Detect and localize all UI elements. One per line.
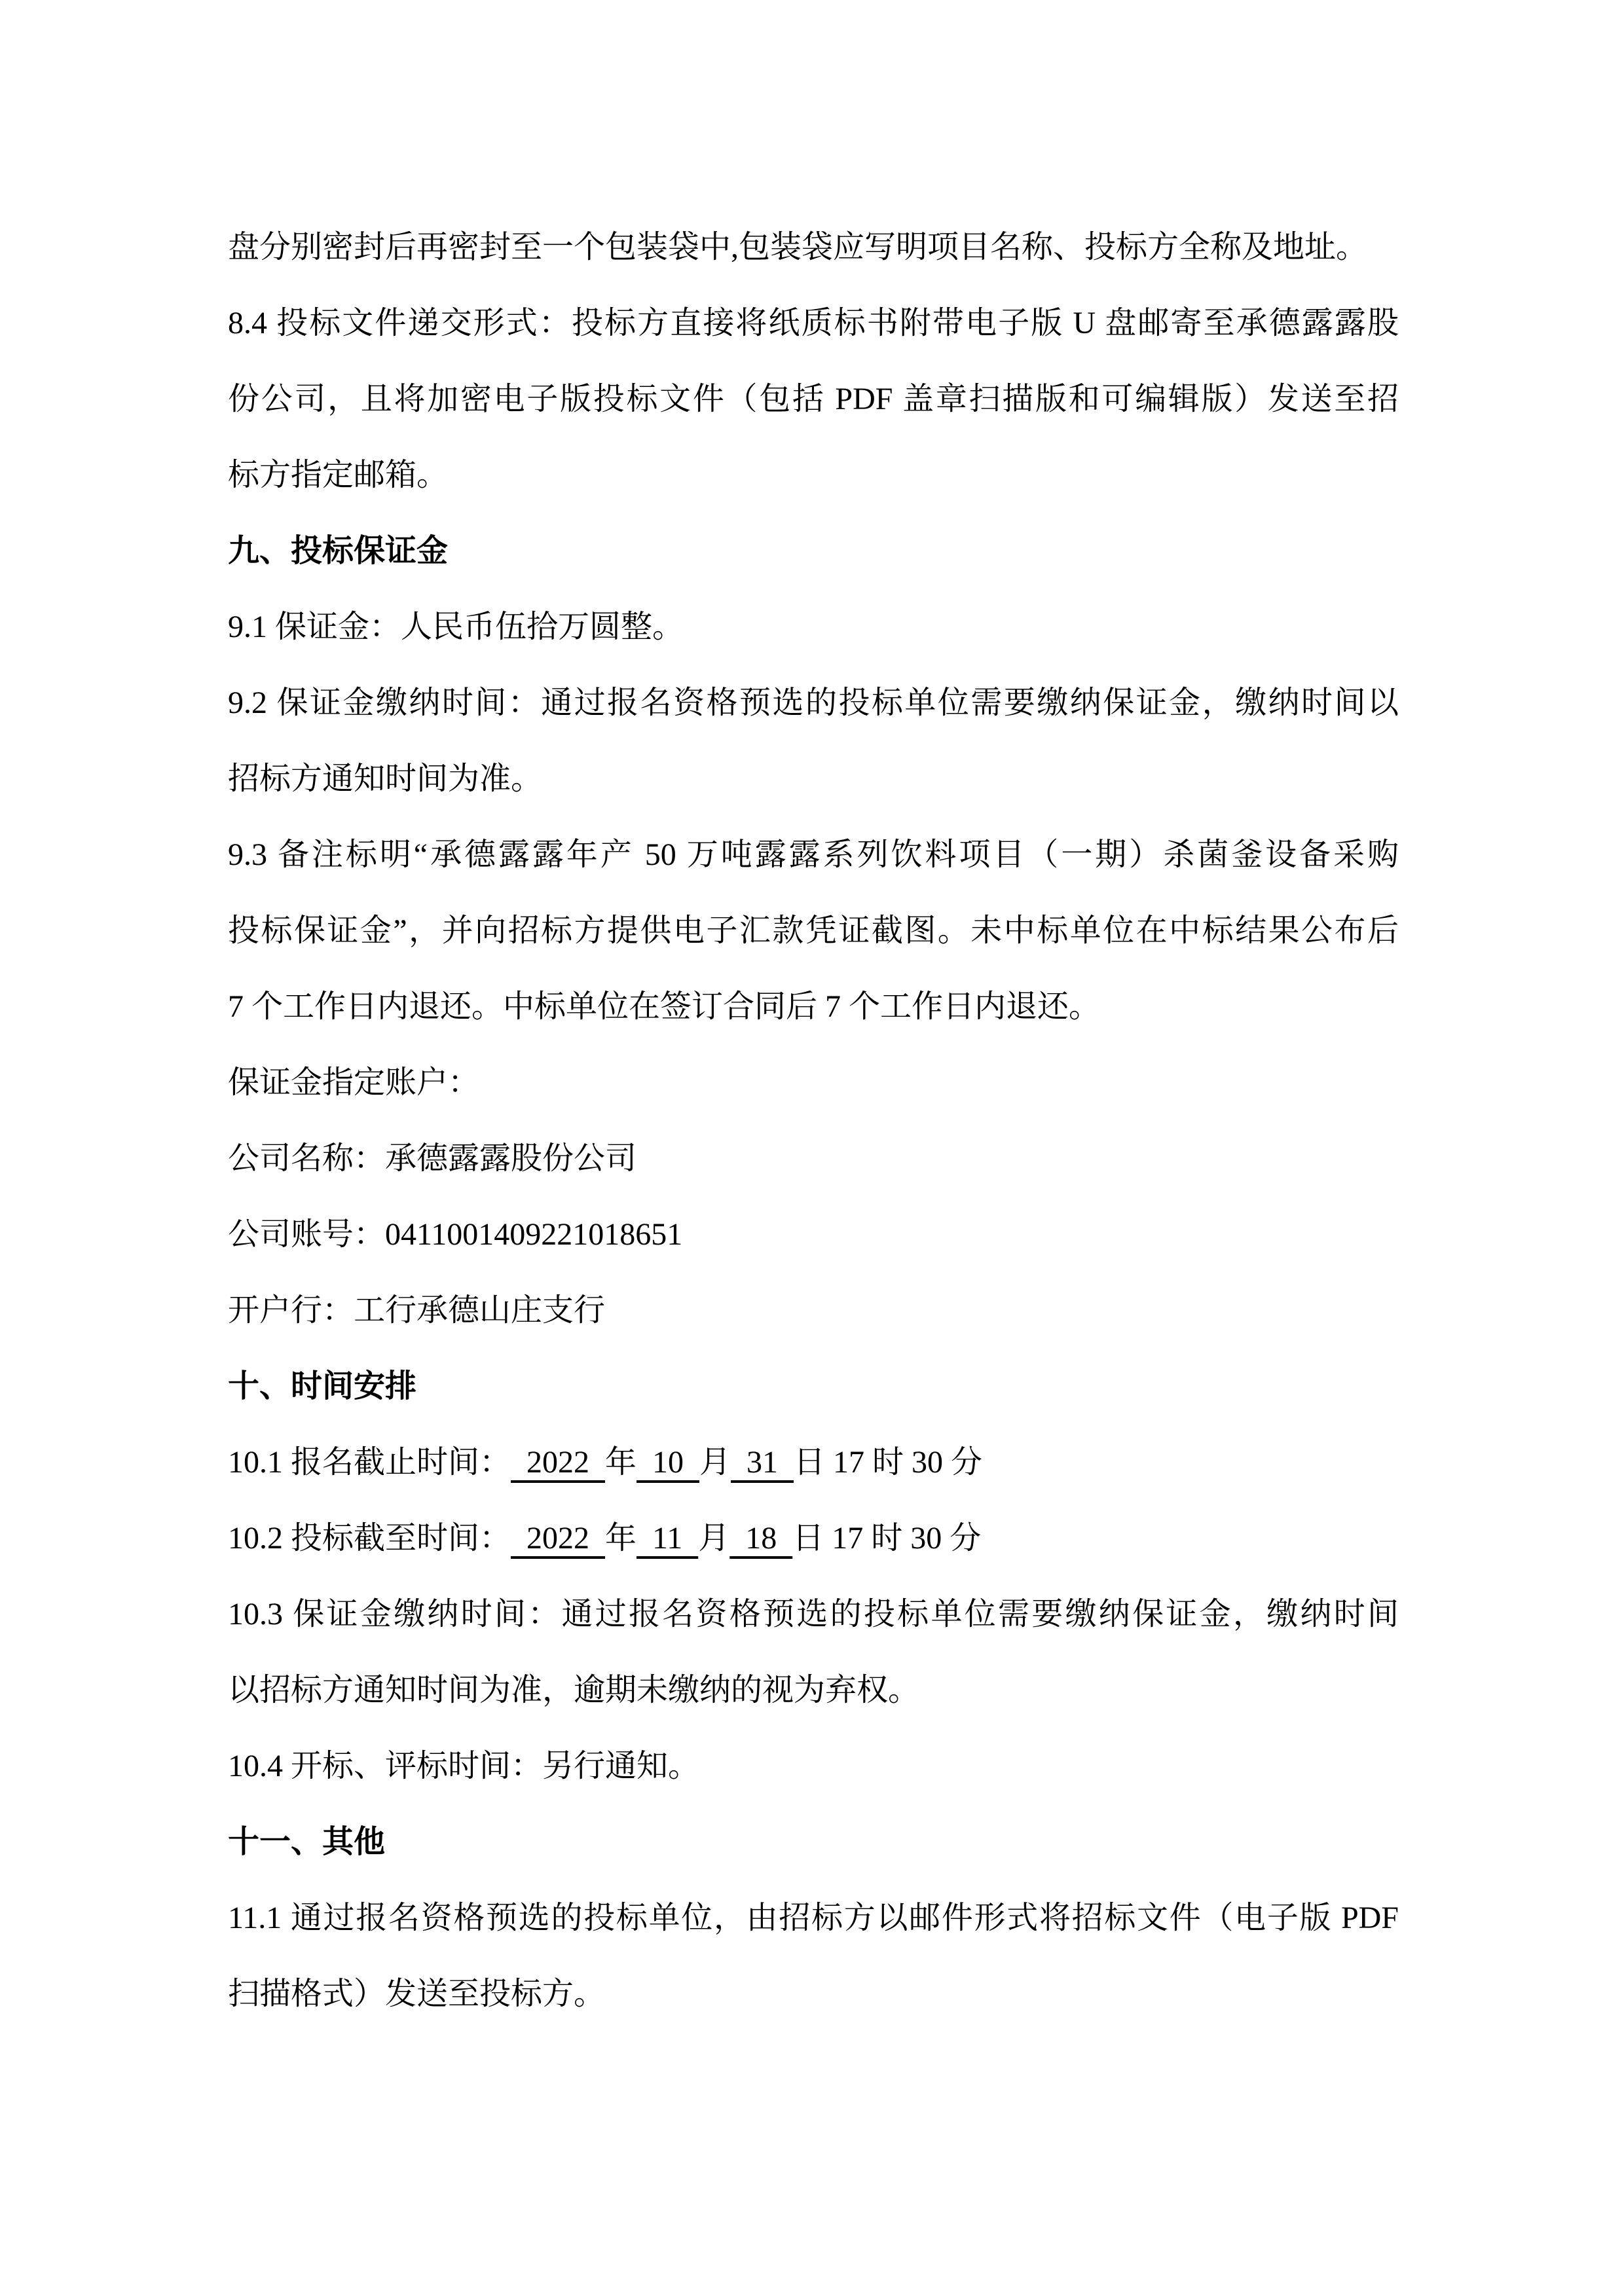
para-8-3-continuation-line-1: 盘分别密封后再密封至一个包装袋中,包装袋应写明项目名称、投标方全称及地址。 — [228, 210, 1399, 285]
heading-11-other: 十一、其他 — [228, 1804, 1399, 1880]
para-9-1: 9.1 保证金：人民币伍拾万圆整。 — [228, 589, 1399, 665]
para-8-4: 8.4 投标文件递交形式：投标方直接将纸质标书附带电子版 U 盘邮寄至承德露露股… — [228, 285, 1399, 513]
para-8-4-line-3: 标方指定邮箱。 — [228, 437, 1399, 513]
para-9-3-line-1: 9.3 备注标明“承德露露年产 50 万吨露露系列饮料项目（一期）杀菌釜设备采购 — [228, 817, 1399, 893]
heading-11-other-line-1: 十一、其他 — [228, 1804, 1399, 1880]
para-10-4-line-1: 10.4 开标、评标时间：另行通知。 — [228, 1728, 1399, 1804]
para-10-1-signup-deadline-blank-1: 2022 — [511, 1445, 605, 1480]
para-10-1-signup-deadline-text-4: 月 — [699, 1445, 731, 1480]
para-10-4: 10.4 开标、评标时间：另行通知。 — [228, 1728, 1399, 1804]
para-10-1-signup-deadline-text-6: 日 17 时 30 分 — [794, 1445, 982, 1480]
para-9-2-line-2: 招标方通知时间为准。 — [228, 741, 1399, 817]
para-10-2-bid-deadline-text-6: 日 17 时 30 分 — [792, 1521, 981, 1556]
para-company-account-line-1: 公司账号：0411001409221018651 — [228, 1197, 1399, 1273]
para-deposit-account-title-line-1: 保证金指定账户： — [228, 1045, 1399, 1121]
para-9-2-line-1: 9.2 保证金缴纳时间：通过报名资格预选的投标单位需要缴纳保证金，缴纳时间以 — [228, 665, 1399, 741]
para-10-3-line-2: 以招标方通知时间为准，逾期未缴纳的视为弃权。 — [228, 1652, 1399, 1728]
para-11-1-line-1: 11.1 通过报名资格预选的投标单位，由招标方以邮件形式将招标文件（电子版 PD… — [228, 1880, 1399, 1956]
para-8-4-line-2: 份公司，且将加密电子版投标文件（包括 PDF 盖章扫描版和可编辑版）发送至招 — [228, 361, 1399, 437]
para-11-1-line-2: 扫描格式）发送至投标方。 — [228, 1956, 1399, 2032]
para-10-2-bid-deadline: 10.2 投标截至时间： 2022 年 11 月 18 日 17 时 30 分 — [228, 1501, 1399, 1576]
para-8-4-line-1: 8.4 投标文件递交形式：投标方直接将纸质标书附带电子版 U 盘邮寄至承德露露股 — [228, 285, 1399, 361]
heading-10-schedule: 十、时间安排 — [228, 1349, 1399, 1425]
para-10-2-bid-deadline-blank-3: 11 — [637, 1521, 698, 1556]
para-10-1-signup-deadline-blank-5: 31 — [731, 1445, 794, 1480]
para-company-account: 公司账号：0411001409221018651 — [228, 1197, 1399, 1273]
para-10-1-signup-deadline-line: 10.1 报名截止时间： 2022 年 10 月 31 日 17 时 30 分 — [228, 1425, 1399, 1501]
para-10-3-line-1: 10.3 保证金缴纳时间：通过报名资格预选的投标单位需要缴纳保证金，缴纳时间 — [228, 1576, 1399, 1652]
heading-9-bid-bond-line-1: 九、投标保证金 — [228, 513, 1399, 589]
para-10-2-bid-deadline-text-2: 年 — [605, 1521, 637, 1556]
para-company-name-line-1: 公司名称：承德露露股份公司 — [228, 1121, 1399, 1197]
para-10-2-bid-deadline-text-0: 10.2 投标截至时间： — [228, 1521, 511, 1556]
para-8-3-continuation: 盘分别密封后再密封至一个包装袋中,包装袋应写明项目名称、投标方全称及地址。 — [228, 210, 1399, 285]
para-bank-branch-line-1: 开户行：工行承德山庄支行 — [228, 1273, 1399, 1349]
para-9-1-line-1: 9.1 保证金：人民币伍拾万圆整。 — [228, 589, 1399, 665]
para-11-1: 11.1 通过报名资格预选的投标单位，由招标方以邮件形式将招标文件（电子版 PD… — [228, 1880, 1399, 2032]
para-deposit-account-title: 保证金指定账户： — [228, 1045, 1399, 1121]
para-bank-branch: 开户行：工行承德山庄支行 — [228, 1273, 1399, 1349]
para-10-1-signup-deadline-blank-3: 10 — [637, 1445, 699, 1480]
para-10-2-bid-deadline-text-4: 月 — [698, 1521, 729, 1556]
para-10-2-bid-deadline-blank-1: 2022 — [511, 1521, 605, 1556]
para-10-3: 10.3 保证金缴纳时间：通过报名资格预选的投标单位需要缴纳保证金，缴纳时间以招… — [228, 1576, 1399, 1728]
para-9-3-line-3: 7 个工作日内退还。中标单位在签订合同后 7 个工作日内退还。 — [228, 969, 1399, 1045]
heading-10-schedule-line-1: 十、时间安排 — [228, 1349, 1399, 1425]
para-10-2-bid-deadline-line: 10.2 投标截至时间： 2022 年 11 月 18 日 17 时 30 分 — [228, 1501, 1399, 1576]
para-company-name: 公司名称：承德露露股份公司 — [228, 1121, 1399, 1197]
document-body: 盘分别密封后再密封至一个包装袋中,包装袋应写明项目名称、投标方全称及地址。8.4… — [228, 210, 1399, 2032]
para-10-1-signup-deadline: 10.1 报名截止时间： 2022 年 10 月 31 日 17 时 30 分 — [228, 1425, 1399, 1501]
para-10-1-signup-deadline-text-0: 10.1 报名截止时间： — [228, 1445, 511, 1480]
para-10-1-signup-deadline-text-2: 年 — [605, 1445, 637, 1480]
heading-9-bid-bond: 九、投标保证金 — [228, 513, 1399, 589]
para-9-3-line-2: 投标保证金”，并向招标方提供电子汇款凭证截图。未中标单位在中标结果公布后 — [228, 893, 1399, 969]
document-page: 盘分别密封后再密封至一个包装袋中,包装袋应写明项目名称、投标方全称及地址。8.4… — [0, 0, 1624, 2296]
para-10-2-bid-deadline-blank-5: 18 — [729, 1521, 792, 1556]
para-9-3: 9.3 备注标明“承德露露年产 50 万吨露露系列饮料项目（一期）杀菌釜设备采购… — [228, 817, 1399, 1045]
para-9-2: 9.2 保证金缴纳时间：通过报名资格预选的投标单位需要缴纳保证金，缴纳时间以招标… — [228, 665, 1399, 817]
